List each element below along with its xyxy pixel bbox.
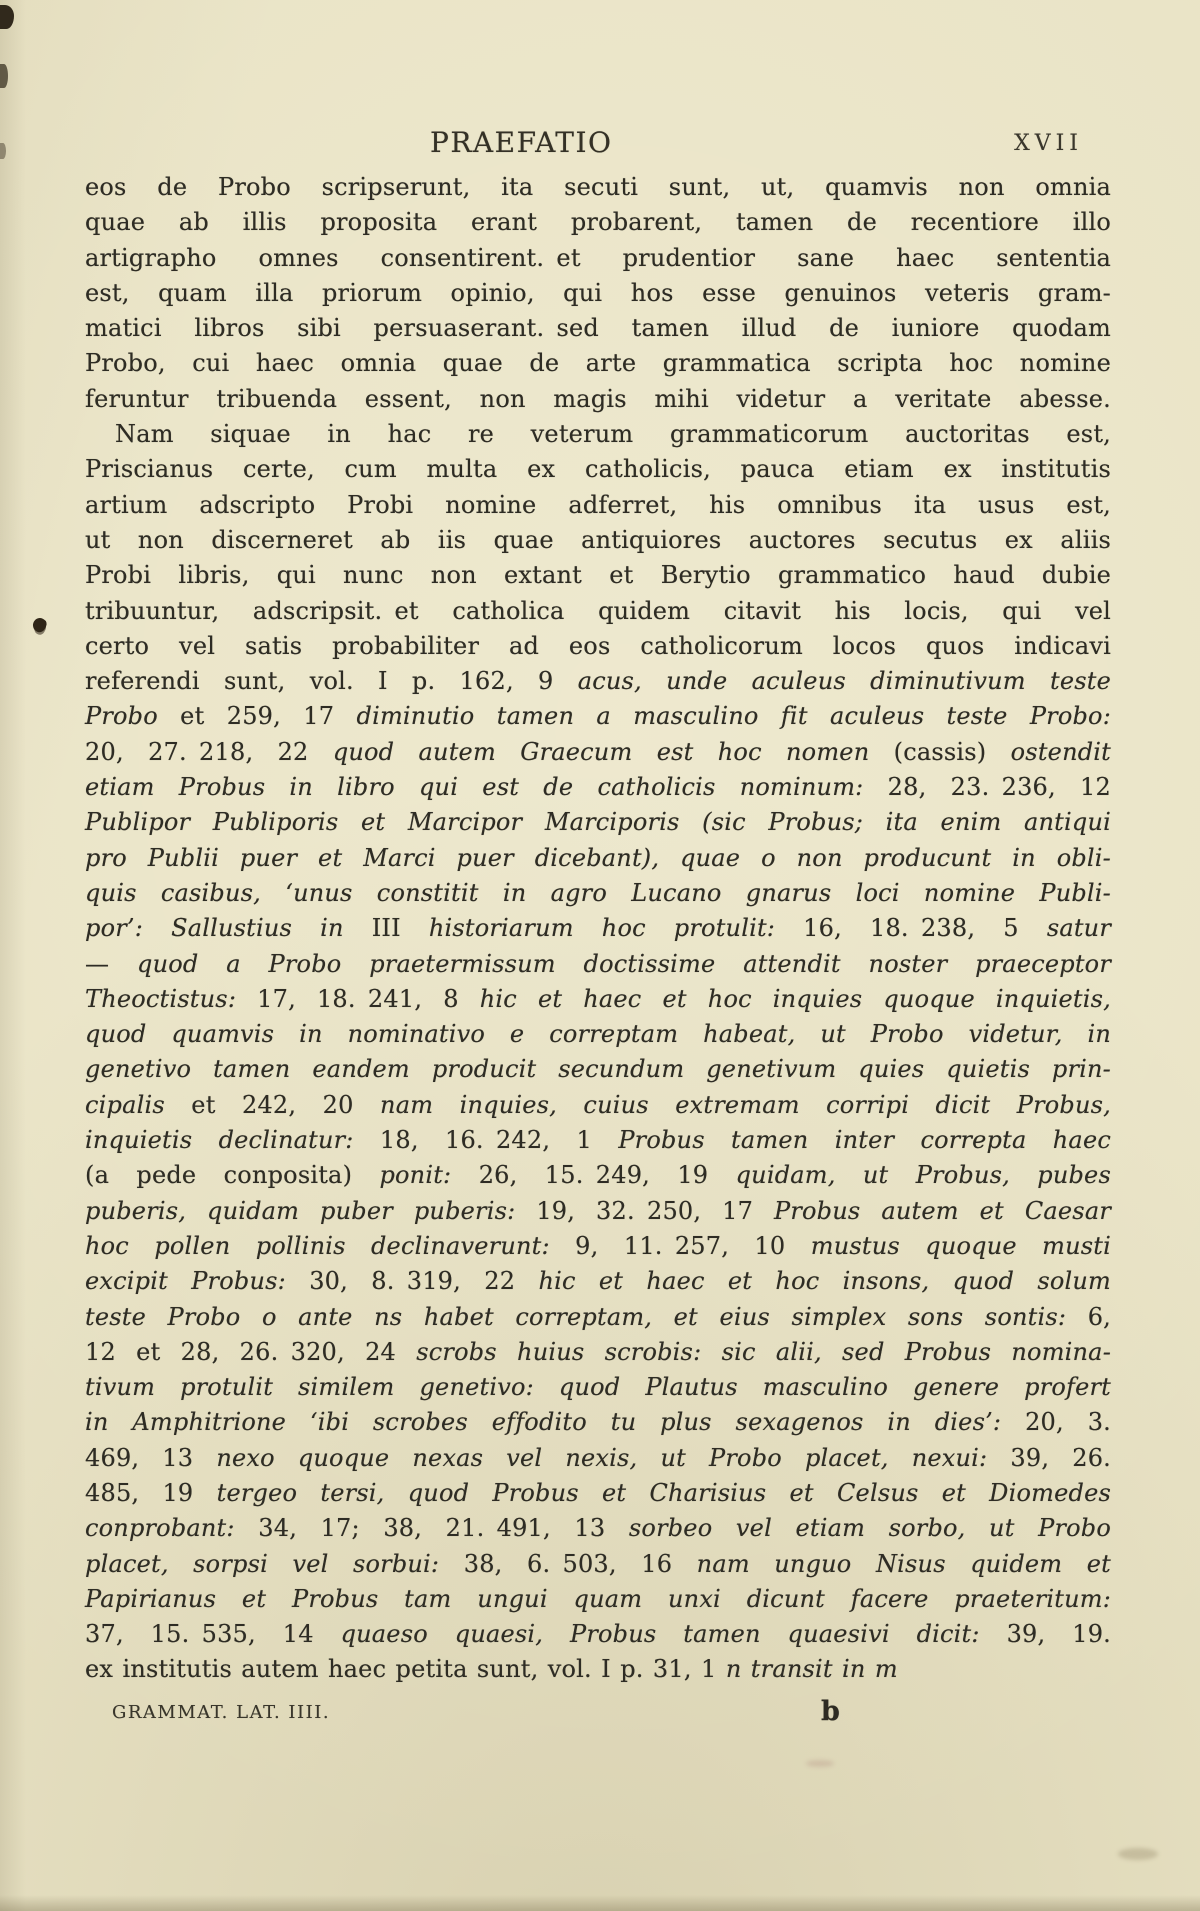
roman-text-segment: 12 et 28, 26. 320, 24	[85, 1338, 416, 1366]
text-line: Priscianus certe, cum multa ex catholici…	[85, 452, 1111, 487]
italic-text-segment: Probus autem et Caesar	[774, 1197, 1111, 1225]
italic-text-segment: Papirianus et Probus tam ungui quam unxi…	[85, 1585, 1111, 1613]
text-line: puberis, quidam puber puberis: 19, 32. 2…	[85, 1194, 1111, 1229]
roman-text-segment: 485, 19	[85, 1479, 217, 1507]
ink-blot	[30, 616, 48, 634]
roman-text-segment: Nam siquae in hac re veterum grammaticor…	[115, 420, 1111, 448]
text-line: Probo, cui haec omnia quae de arte gramm…	[85, 346, 1111, 381]
paper-smudge	[806, 1760, 834, 1767]
roman-text-segment: 20, 3.	[1025, 1408, 1111, 1436]
italic-text-segment: tergeo tersi, quod Probus et Charisius e…	[217, 1479, 1111, 1507]
roman-text-segment: artigrapho omnes consentirent. et pruden…	[85, 244, 1111, 272]
roman-text-segment: et 242, 20	[191, 1091, 380, 1119]
text-line: ut non discerneret ab iis quae antiquior…	[85, 523, 1111, 558]
italic-text-segment: excipit Probus:	[85, 1267, 309, 1295]
roman-text-segment: Priscianus certe, cum multa ex catholici…	[85, 455, 1111, 483]
text-line: cipalis et 242, 20 nam inquies, cuius ex…	[85, 1088, 1111, 1123]
text-line: eos de Probo scripserunt, ita secuti sun…	[85, 170, 1111, 205]
roman-text-segment: 17, 18. 241, 8	[257, 985, 480, 1013]
text-line: 20, 27. 218, 22 quod autem Graecum est h…	[85, 735, 1111, 770]
italic-text-segment: quod a Probo praetermissum doctissime at…	[137, 950, 1111, 978]
italic-text-segment: conprobant:	[85, 1514, 258, 1542]
roman-text-segment: —	[85, 950, 137, 978]
roman-text-segment: (cassis)	[894, 738, 1011, 766]
roman-text-segment: 39, 26.	[1010, 1444, 1111, 1472]
text-line: (a pede conposita) ponit: 26, 15. 249, 1…	[85, 1158, 1111, 1193]
text-line: conprobant: 34, 17; 38, 21. 491, 13 sorb…	[85, 1511, 1111, 1546]
roman-text-segment: et 259, 17	[158, 702, 357, 730]
text-line: ex institutis autem haec petita sunt, vo…	[85, 1652, 1111, 1687]
italic-text-segment: ostendit	[1011, 738, 1111, 766]
roman-text-segment: III	[372, 914, 401, 942]
roman-text-segment: tribuuntur, adscripsit. et catholica qui…	[85, 597, 1111, 625]
page-number: XVII	[1014, 131, 1083, 156]
text-line: quae ab illis proposita erant probarent,…	[85, 205, 1111, 240]
text-line: artium adscripto Probi nomine adferret, …	[85, 488, 1111, 523]
roman-text-segment: 34, 17; 38, 21. 491, 13	[258, 1514, 629, 1542]
italic-text-segment: mustus quoque musti	[811, 1232, 1111, 1260]
roman-text-segment: 16, 18. 238, 5	[803, 914, 1047, 942]
roman-text-segment: matici libros sibi persuaserant. sed tam…	[85, 314, 1111, 342]
roman-text-segment: 18, 16. 242, 1	[380, 1126, 618, 1154]
italic-text-segment: quis casibus, ‘unus constitit in agro Lu…	[85, 879, 1111, 907]
imprint-label: GRAMMAT. LAT. IIII.	[112, 1702, 330, 1723]
text-line: 469, 13 nexo quoque nexas vel nexis, ut …	[85, 1441, 1111, 1476]
roman-text-segment: 19, 32. 250, 17	[536, 1197, 774, 1225]
roman-text-segment: ex institutis autem haec petita sunt, vo…	[85, 1655, 726, 1683]
italic-text-segment: Probus tamen inter correpta haec	[618, 1126, 1111, 1154]
text-line: teste Probo o ante ns habet correptam, e…	[85, 1300, 1111, 1335]
italic-text-segment: quaeso quaesi, Probus tamen quaesivi dic…	[341, 1620, 1007, 1648]
italic-text-segment: acus, unde aculeus diminutivum teste	[578, 667, 1111, 695]
left-edge-shadow	[0, 0, 26, 1911]
roman-text-segment: 9, 11. 257, 10	[575, 1232, 811, 1260]
text-line: genetivo tamen eandem producit secundum …	[85, 1052, 1111, 1087]
text-line: Publipor Publiporis et Marcipor Marcipor…	[85, 805, 1111, 840]
roman-text-segment: Probi libris, qui nunc non extant et Ber…	[85, 561, 1111, 589]
roman-text-segment: artium adscripto Probi nomine adferret, …	[85, 491, 1111, 519]
text-line: in Amphitrione ‘ibi scrobes effodito tu …	[85, 1405, 1111, 1440]
italic-text-segment: nexo quoque nexas vel nexis, ut Probo pl…	[216, 1444, 1010, 1472]
italic-text-segment: hic et haec et hoc insons, quod solum	[538, 1267, 1111, 1295]
text-line: 12 et 28, 26. 320, 24 scrobs huius scrob…	[85, 1335, 1111, 1370]
text-line: quod quamvis in nominativo e correptam h…	[85, 1017, 1111, 1052]
text-line: artigrapho omnes consentirent. et pruden…	[85, 241, 1111, 276]
text-line: Nam siquae in hac re veterum grammaticor…	[85, 417, 1111, 452]
text-line: Probi libris, qui nunc non extant et Ber…	[85, 558, 1111, 593]
roman-text-segment: 26, 15. 249, 19	[479, 1161, 736, 1189]
text-line: tivum protulit similem genetivo: quod Pl…	[85, 1370, 1111, 1405]
text-line: tribuuntur, adscripsit. et catholica qui…	[85, 594, 1111, 629]
italic-text-segment: Publipor Publiporis et Marcipor Marcipor…	[85, 808, 1111, 836]
italic-text-segment: sorbeo vel etiam sorbo, ut Probo	[629, 1514, 1111, 1542]
roman-text-segment: 28, 23. 236, 12	[888, 773, 1111, 801]
page-title: PRAEFATIO	[430, 126, 612, 159]
text-line: 37, 15. 535, 14 quaeso quaesi, Probus ta…	[85, 1617, 1111, 1652]
text-line: inquietis declinatur: 18, 16. 242, 1 Pro…	[85, 1123, 1111, 1158]
text-line: hoc pollen pollinis declinaverunt: 9, 11…	[85, 1229, 1111, 1264]
roman-text-segment: 30, 8. 319, 22	[309, 1267, 538, 1295]
text-line: feruntur tribuenda essent, non magis mih…	[85, 382, 1111, 417]
text-line: Papirianus et Probus tam ungui quam unxi…	[85, 1582, 1111, 1617]
italic-text-segment: Probo	[85, 702, 158, 730]
page-scan: PRAEFATIO XVII eos de Probo scripserunt,…	[0, 0, 1200, 1911]
text-line: est, quam illa priorum opinio, qui hos e…	[85, 276, 1111, 311]
italic-text-segment: etiam Probus in libro qui est de catholi…	[85, 773, 888, 801]
italic-text-segment: placet, sorpsi vel sorbui:	[85, 1550, 464, 1578]
italic-text-segment: n transit in m	[726, 1655, 898, 1683]
italic-text-segment: in Amphitrione ‘ibi scrobes effodito tu …	[85, 1408, 1025, 1436]
text-line: 485, 19 tergeo tersi, quod Probus et Cha…	[85, 1476, 1111, 1511]
roman-text-segment: est, quam illa priorum opinio, qui hos e…	[85, 279, 1111, 307]
roman-text-segment: 38, 6. 503, 16	[464, 1550, 697, 1578]
text-line: quis casibus, ‘unus constitit in agro Lu…	[85, 876, 1111, 911]
italic-text-segment: diminutio tamen a masculino fit aculeus …	[357, 702, 1111, 730]
italic-text-segment: puberis, quidam puber puberis:	[85, 1197, 536, 1225]
bottom-edge-shadow	[0, 1895, 1200, 1911]
roman-text-segment: 39, 19.	[1007, 1620, 1111, 1648]
italic-text-segment: Theoctistus:	[85, 985, 257, 1013]
italic-text-segment: teste Probo o ante ns habet correptam, e…	[85, 1303, 1088, 1331]
paper-smudge	[1118, 1848, 1158, 1860]
italic-text-segment: hic et haec et hoc inquies quoque inquie…	[480, 985, 1111, 1013]
roman-text-segment: ut non discerneret ab iis quae antiquior…	[85, 526, 1111, 554]
roman-text-segment: (a pede conposita)	[85, 1161, 379, 1189]
text-line: Theoctistus: 17, 18. 241, 8 hic et haec …	[85, 982, 1111, 1017]
italic-text-segment: satur	[1047, 914, 1111, 942]
text-line: Probo et 259, 17 diminutio tamen a mascu…	[85, 699, 1111, 734]
italic-text-segment: genetivo tamen eandem producit secundum …	[85, 1055, 1111, 1083]
ink-speck	[0, 143, 6, 159]
italic-text-segment: pro Publii puer et Marci puer dicebant),…	[85, 844, 1111, 872]
text-line: placet, sorpsi vel sorbui: 38, 6. 503, 1…	[85, 1547, 1111, 1582]
italic-text-segment: hoc pollen pollinis declinaverunt:	[85, 1232, 575, 1260]
roman-text-segment: 37, 15. 535, 14	[85, 1620, 341, 1648]
roman-text-segment: referendi sunt, vol. I p. 162, 9	[85, 667, 578, 695]
roman-text-segment: 6,	[1088, 1303, 1111, 1331]
italic-text-segment: ponit:	[379, 1161, 478, 1189]
ink-speck	[0, 64, 8, 88]
italic-text-segment: por’: Sallustius in	[85, 914, 372, 942]
roman-text-segment: 469, 13	[85, 1444, 216, 1472]
text-line: etiam Probus in libro qui est de catholi…	[85, 770, 1111, 805]
italic-text-segment: quidam, ut Probus, pubes	[736, 1161, 1111, 1189]
italic-text-segment: scrobs huius scrobis: sic alii, sed Prob…	[416, 1338, 1111, 1366]
italic-text-segment: nam unguo Nisus quidem et	[697, 1550, 1111, 1578]
signature-mark: b	[821, 1696, 840, 1727]
text-line: excipit Probus: 30, 8. 319, 22 hic et ha…	[85, 1264, 1111, 1299]
roman-text-segment: feruntur tribuenda essent, non magis mih…	[85, 385, 1111, 413]
italic-text-segment: cipalis	[85, 1091, 191, 1119]
text-line: pro Publii puer et Marci puer dicebant),…	[85, 841, 1111, 876]
page-footer: GRAMMAT. LAT. IIII. b	[85, 1696, 1111, 1738]
roman-text-segment: Probo, cui haec omnia quae de arte gramm…	[85, 349, 1111, 377]
italic-text-segment: inquietis declinatur:	[85, 1126, 380, 1154]
italic-text-segment: historiarum hoc protulit:	[401, 914, 803, 942]
text-line: por’: Sallustius in III historiarum hoc …	[85, 911, 1111, 946]
italic-text-segment: tivum protulit similem genetivo: quod Pl…	[85, 1373, 1111, 1401]
italic-text-segment: nam inquies, cuius extremam corripi dici…	[380, 1091, 1111, 1119]
roman-text-segment: 20, 27. 218, 22	[85, 738, 333, 766]
italic-text-segment: quod quamvis in nominativo e correptam h…	[85, 1020, 1111, 1048]
text-block: eos de Probo scripserunt, ita secuti sun…	[85, 170, 1111, 1688]
roman-text-segment: eos de Probo scripserunt, ita secuti sun…	[85, 173, 1111, 201]
text-line: referendi sunt, vol. I p. 162, 9 acus, u…	[85, 664, 1111, 699]
text-line: matici libros sibi persuaserant. sed tam…	[85, 311, 1111, 346]
text-line: — quod a Probo praetermissum doctissime …	[85, 947, 1111, 982]
roman-text-segment: certo vel satis probabiliter ad eos cath…	[85, 632, 1111, 660]
text-line: certo vel satis probabiliter ad eos cath…	[85, 629, 1111, 664]
roman-text-segment: quae ab illis proposita erant probarent,…	[85, 208, 1111, 236]
italic-text-segment: quod autem Graecum est hoc nomen	[333, 738, 894, 766]
page-header: PRAEFATIO XVII	[85, 126, 1111, 162]
